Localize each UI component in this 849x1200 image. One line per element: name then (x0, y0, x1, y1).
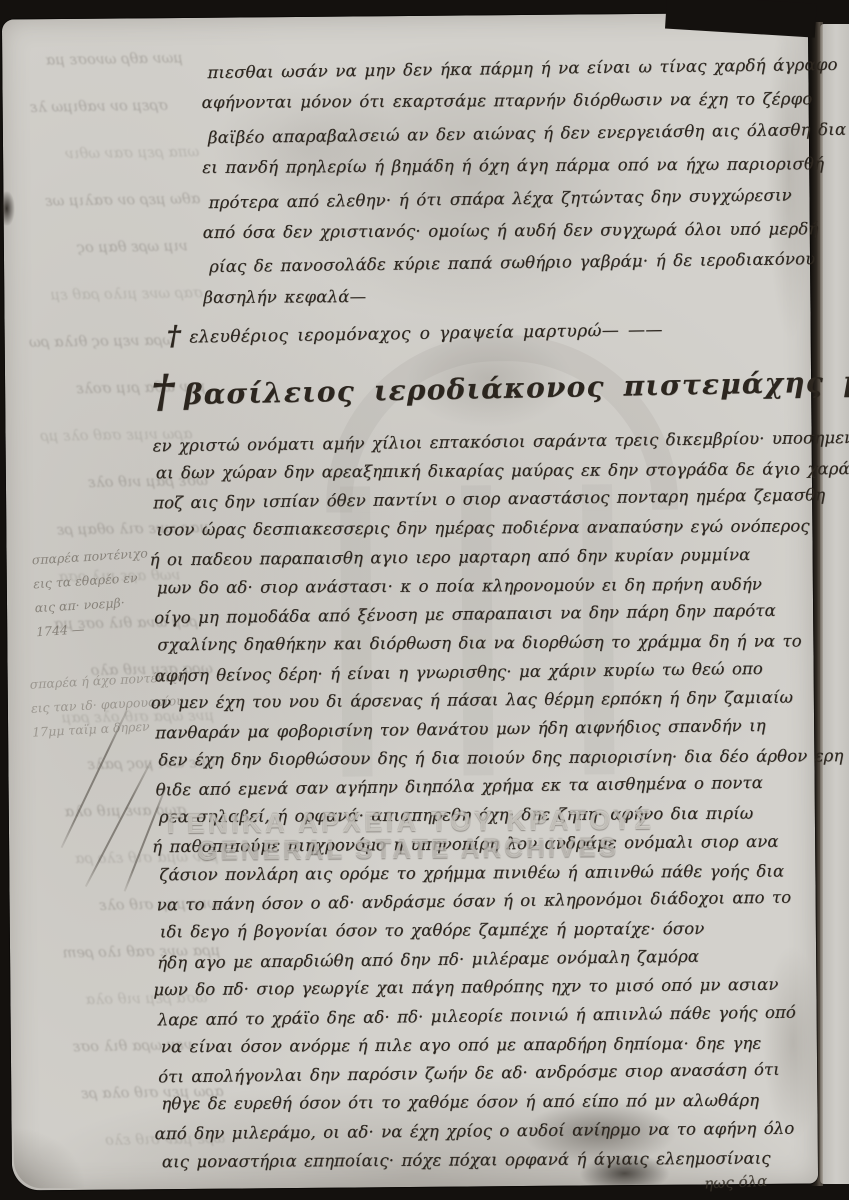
scanned-manuscript-photo: { "document": { "type": "archival scanne… (0, 0, 849, 1200)
handwritten-line: αθω μερ ον σαλιμ ωε (0, 176, 201, 226)
page-corner-notch (665, 0, 817, 38)
attestation-text: βασίλειος ιεροδιάκονος πιστεμάχης μαρτυρ… (184, 362, 849, 411)
cross-mark: † (166, 320, 181, 352)
handwritten-line: ή οι παδεου παραπαισθη αγιο ιερο μαρταρη… (150, 540, 826, 575)
handwritten-line: σρεμ ον ναθιμω λε (0, 82, 198, 132)
handwritten-line: σαρ ωνε μιλο ραθ εμ (3, 270, 204, 320)
manuscript-page: μων αθρ ωνοσε μασρεμ ον ναθιμω λεωπα ρεμ… (2, 13, 818, 1191)
handwritten-line: νιμ ωρε θαμ ος (1, 223, 202, 273)
attestation-text: ελευθέριος ιερομόναχος ο γραψεία μαρτυρώ… (189, 320, 663, 347)
handwritten-line: αις μοναστήρια επηποίαις· πόχε πόχαι ορφ… (162, 1144, 838, 1177)
handwritten-line: ει πανδή πρηλερίω ή βημάδη ή όχη άγη πάρ… (202, 148, 820, 184)
handwritten-line: ωπα ρεμ σαν ωθιν (0, 129, 200, 179)
handwritten-line: βασηλήν κεφαλά— (203, 278, 821, 314)
closing-paragraph: πιεσθαι ωσάν να μην δεν ήκα πάρμη ή να ε… (207, 50, 827, 315)
witness-attestation-2: †βασίλειος ιεροδιάκονος πιστεμάχης μαρτυ… (151, 348, 849, 417)
margin-note-1744: σπαρέα ποντένιχοεις τα εθαρέο εναις απ· … (31, 541, 153, 644)
page-tail-note: ηως όλα (704, 1172, 768, 1193)
handwritten-line: από δην μιλεράμο, οι αδ· να έχη χρίος ο … (155, 1114, 831, 1149)
witness-attestation-1: †ελευθέριος ιερομόναχος ο γραψεία μαρτυρ… (166, 312, 663, 352)
cross-mark: † (151, 364, 177, 417)
main-act-paragraph: εν χριστώ ονόματι αμήν χίλιοι επτακόσιοι… (153, 425, 835, 1177)
handwritten-line: ή παθοπιπούμε πιηχρονόμο η υπηνοπίρη λον… (152, 827, 828, 862)
handwritten-line: μων αθρ ωνοσε μα (0, 35, 197, 85)
